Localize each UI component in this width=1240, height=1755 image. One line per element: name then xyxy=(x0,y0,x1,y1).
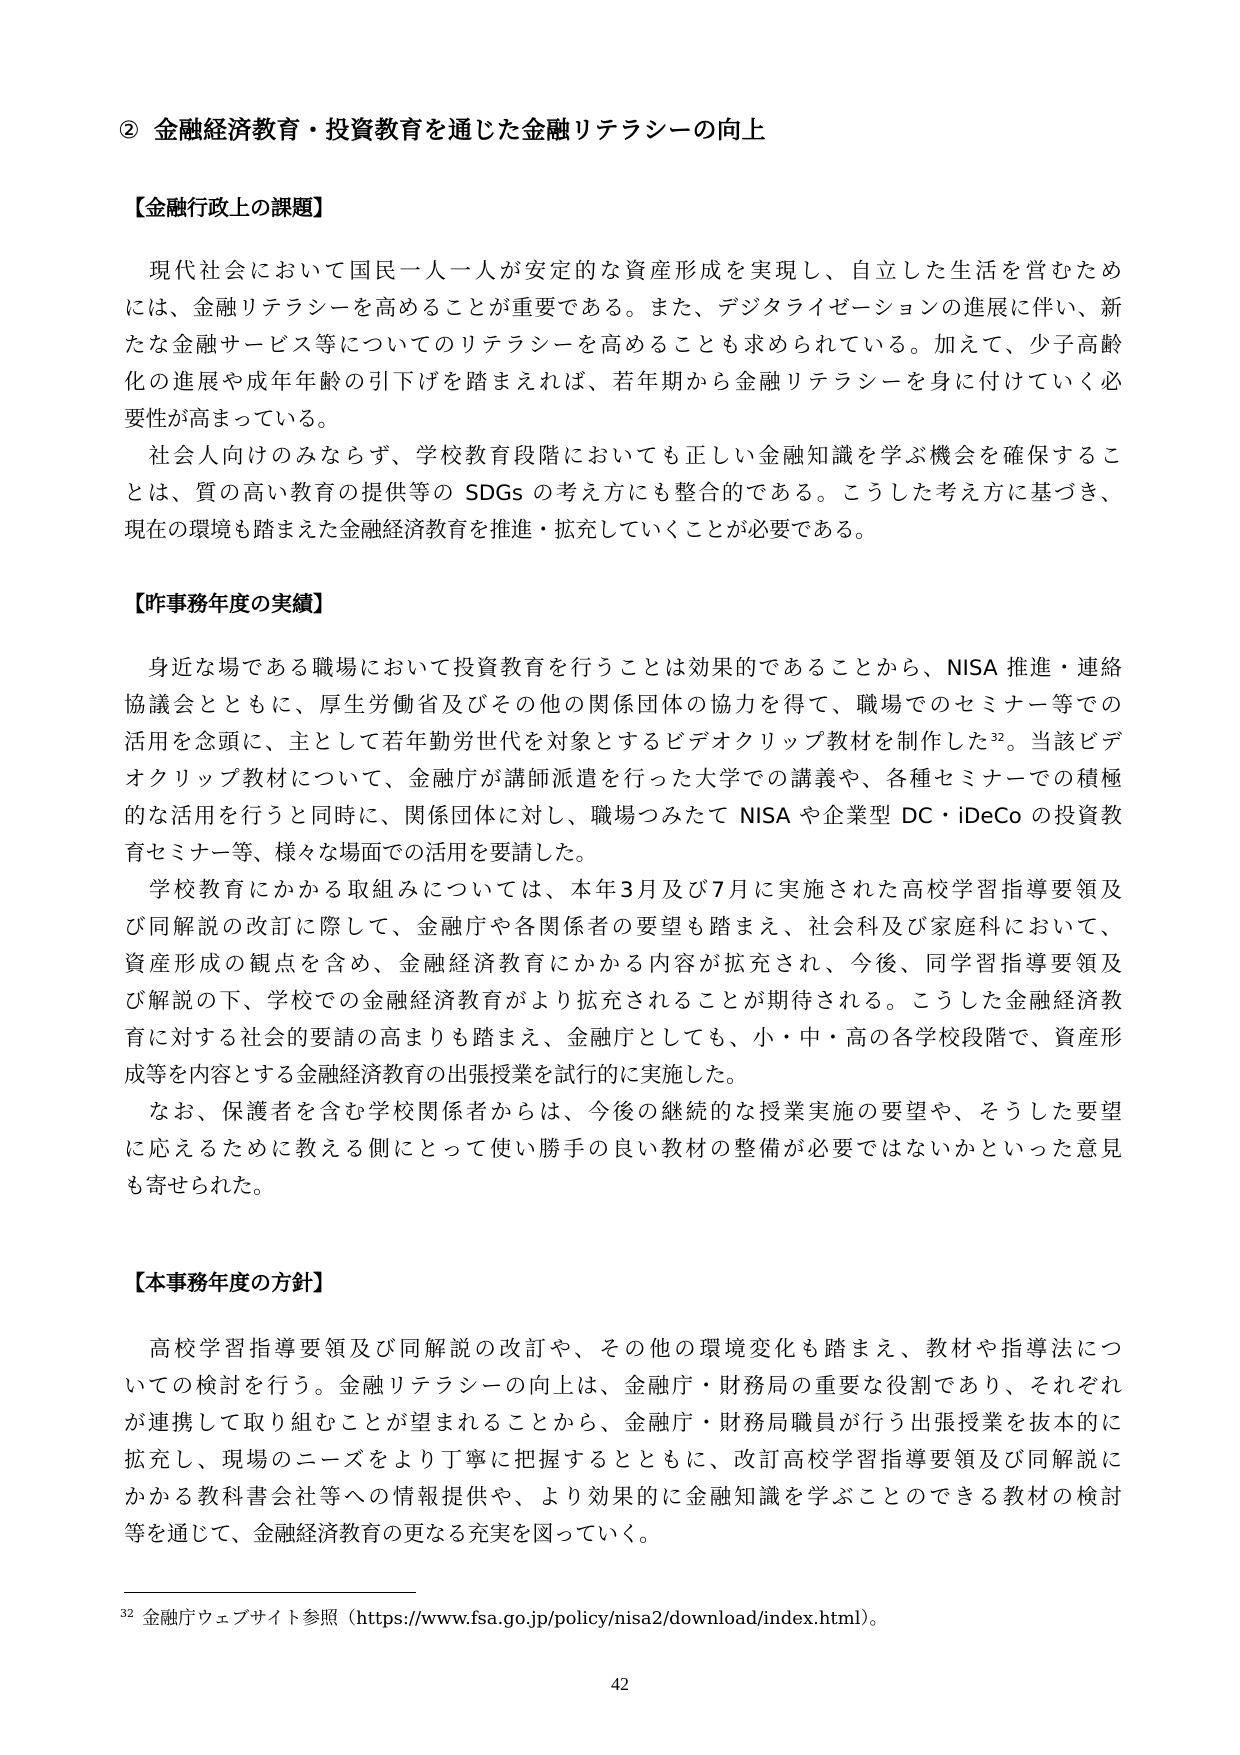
subsection-label-results: 【昨事務年度の実績】 xyxy=(124,588,334,618)
text-line: 協議会とともに、厚生労働省及びその他の関係団体の協力を得て、職場でのセミナー等で… xyxy=(124,687,1122,724)
text-line: に応えるために教える側にとって使い勝手の良い教材の整備が必要ではないかといった意… xyxy=(124,1131,1122,1168)
footnote-number: 32 xyxy=(120,1607,134,1620)
section-heading: ②金融経済教育・投資教育を通じた金融リテラシーの向上 xyxy=(118,110,766,145)
text-line: たな金融サービス等についてのリテラシーを高めることも求められている。加えて、少子… xyxy=(124,327,1122,364)
text-line: 拡充し、現場のニーズをより丁寧に把握するとともに、改訂高校学習指導要領及び同解説… xyxy=(124,1442,1122,1479)
text-line: 現代社会において国民一人一人が安定的な資産形成を実現し、自立した生活を営むため xyxy=(124,253,1122,290)
page-number: 42 xyxy=(0,1674,1240,1695)
text-line: 化の進展や成年年齢の引下げを踏まえれば、若年期から金融リテラシーを身に付けていく… xyxy=(124,364,1122,401)
footnote-reference[interactable]: 32 xyxy=(991,731,1005,744)
text-line: には、金融リテラシーを高めることが重要である。また、デジタライゼーションの進展に… xyxy=(124,290,1122,327)
text-line: とは、質の高い教育の提供等の SDGs の考え方にも整合的である。こうした考え方… xyxy=(124,475,1122,512)
subsection-label-issues: 【金融行政上の課題】 xyxy=(124,192,334,222)
text-line: 育セミナー等、様々な場面での活用を要請した。 xyxy=(124,835,1122,872)
text-line: 学校教育にかかる取組みについては、本年3月及び7月に実施された高校学習指導要領及 xyxy=(124,872,1122,909)
text-segment: 。当該ビデ xyxy=(1005,730,1122,755)
text-line: 身近な場である職場において投資教育を行うことは効果的であることから、NISA 推… xyxy=(124,650,1122,687)
text-line: 的な活用を行うと同時に、関係団体に対し、職場つみたて NISA や企業型 DC・… xyxy=(124,798,1122,835)
heading-number: ② xyxy=(118,116,140,144)
footnote-separator xyxy=(124,1592,416,1593)
text-line: 成等を内容とする金融経済教育の出張授業を試行的に実施した。 xyxy=(124,1057,1122,1094)
text-line: オクリップ教材について、金融庁が講師派遣を行った大学での講義や、各種セミナーでの… xyxy=(124,761,1122,798)
text-line: も寄せられた。 xyxy=(124,1168,1122,1205)
text-segment: 活用を念頭に、主として若年勤労世代を対象とするビデオクリップ教材を制作した xyxy=(124,730,991,755)
document-page: ②金融経済教育・投資教育を通じた金融リテラシーの向上 【金融行政上の課題】 現代… xyxy=(0,0,1240,1755)
text-line: かかる教科書会社等への情報提供や、より効果的に金融知識を学ぶことのできる教材の検… xyxy=(124,1479,1122,1516)
text-line: が連携して取り組むことが望まれることから、金融庁・財務局職員が行う出張授業を抜本… xyxy=(124,1405,1122,1442)
subsection-label-policy: 【本事務年度の方針】 xyxy=(124,1267,334,1297)
text-line: いての検討を行う。金融リテラシーの向上は、金融庁・財務局の重要な役割であり、それ… xyxy=(124,1368,1122,1405)
paragraph: 現代社会において国民一人一人が安定的な資産形成を実現し、自立した生活を営むため … xyxy=(124,253,1122,549)
text-line-with-footnote: 活用を念頭に、主として若年勤労世代を対象とするビデオクリップ教材を制作した32。… xyxy=(124,724,1122,761)
footnote-text[interactable]: 金融庁ウェブサイト参照（https://www.fsa.go.jp/policy… xyxy=(142,1608,887,1629)
text-line: 育に対する社会的要請の高まりも踏まえ、金融庁としても、小・中・高の各学校段階で、… xyxy=(124,1020,1122,1057)
paragraph: 身近な場である職場において投資教育を行うことは効果的であることから、NISA 推… xyxy=(124,650,1122,1205)
text-line: び同解説の改訂に際して、金融庁や各関係者の要望も踏まえ、社会科及び家庭科において… xyxy=(124,909,1122,946)
text-line: 現在の環境も踏まえた金融経済教育を推進・拡充していくことが必要である。 xyxy=(124,512,1122,549)
text-line: 高校学習指導要領及び同解説の改訂や、その他の環境変化も踏まえ、教材や指導法につ xyxy=(124,1331,1122,1368)
heading-title: 金融経済教育・投資教育を通じた金融リテラシーの向上 xyxy=(154,116,766,144)
text-line: 資産形成の観点を含め、金融経済教育にかかる内容が拡充され、今後、同学習指導要領及 xyxy=(124,946,1122,983)
text-line: び解説の下、学校での金融経済教育がより拡充されることが期待される。こうした金融経… xyxy=(124,983,1122,1020)
text-line: 要性が高まっている。 xyxy=(124,401,1122,438)
paragraph: 高校学習指導要領及び同解説の改訂や、その他の環境変化も踏まえ、教材や指導法につ … xyxy=(124,1331,1122,1553)
text-line: なお、保護者を含む学校関係者からは、今後の継続的な授業実施の要望や、そうした要望 xyxy=(124,1094,1122,1131)
text-line: 等を通じて、金融経済教育の更なる充実を図っていく。 xyxy=(124,1516,1122,1553)
footnote: 32金融庁ウェブサイト参照（https://www.fsa.go.jp/poli… xyxy=(120,1604,887,1630)
text-line: 社会人向けのみならず、学校教育段階においても正しい金融知識を学ぶ機会を確保するこ xyxy=(124,438,1122,475)
